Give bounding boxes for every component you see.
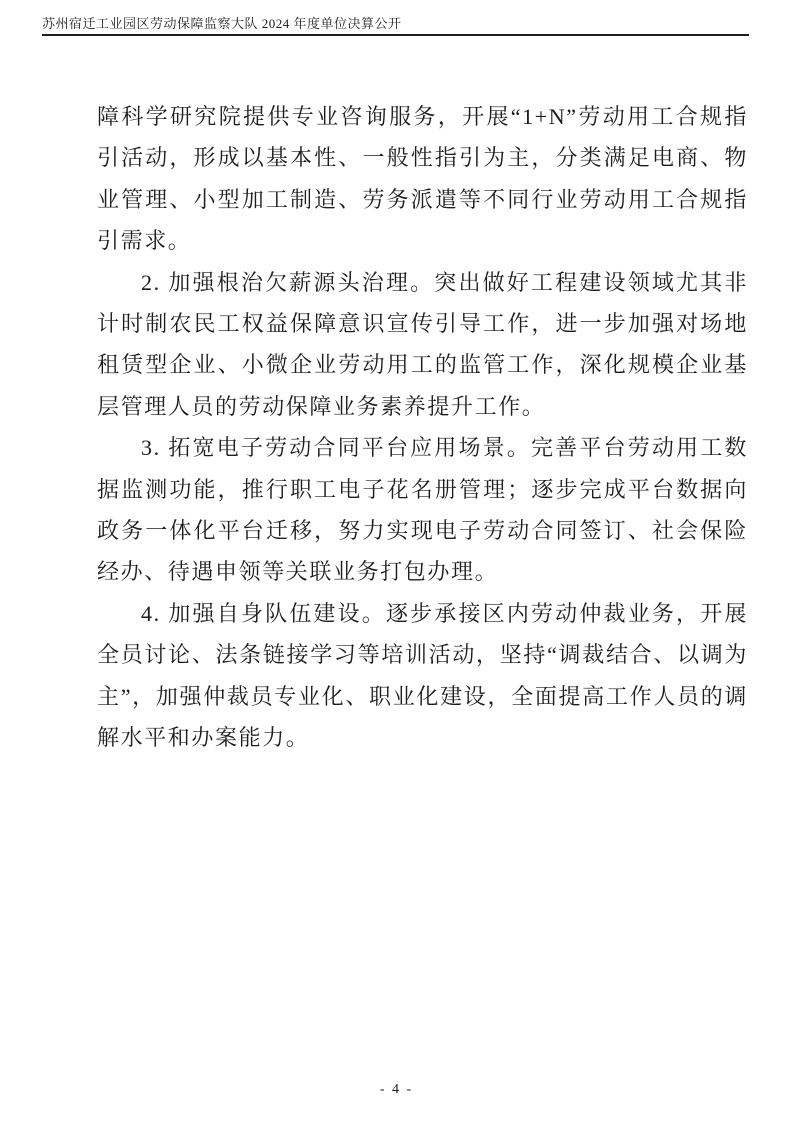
- document-page: 苏州宿迁工业园区劳动保障监察大队 2024 年度单位决算公开 障科学研究院提供专…: [0, 0, 793, 1122]
- paragraph-continuation: 障科学研究院提供专业咨询服务，开展“1+N”劳动用工合规指引活动，形成以基本性、…: [97, 96, 748, 262]
- page-number: - 4 -: [380, 1082, 413, 1097]
- paragraph-item-4: 4. 加强自身队伍建设。逐步承接区内劳动仲裁业务，开展全员讨论、法条链接学习等培…: [97, 593, 748, 759]
- paragraph-item-2: 2. 加强根治欠薪源头治理。突出做好工程建设领域尤其非计时制农民工权益保障意识宣…: [97, 262, 748, 428]
- document-header: 苏州宿迁工业园区劳动保障监察大队 2024 年度单位决算公开: [42, 16, 749, 36]
- header-title: 苏州宿迁工业园区劳动保障监察大队 2024 年度单位决算公开: [42, 16, 749, 31]
- document-body: 障科学研究院提供专业咨询服务，开展“1+N”劳动用工合规指引活动，形成以基本性、…: [97, 96, 748, 759]
- document-footer: - 4 -: [0, 1080, 793, 1098]
- paragraph-item-3: 3. 拓宽电子劳动合同平台应用场景。完善平台劳动用工数据监测功能，推行职工电子花…: [97, 427, 748, 593]
